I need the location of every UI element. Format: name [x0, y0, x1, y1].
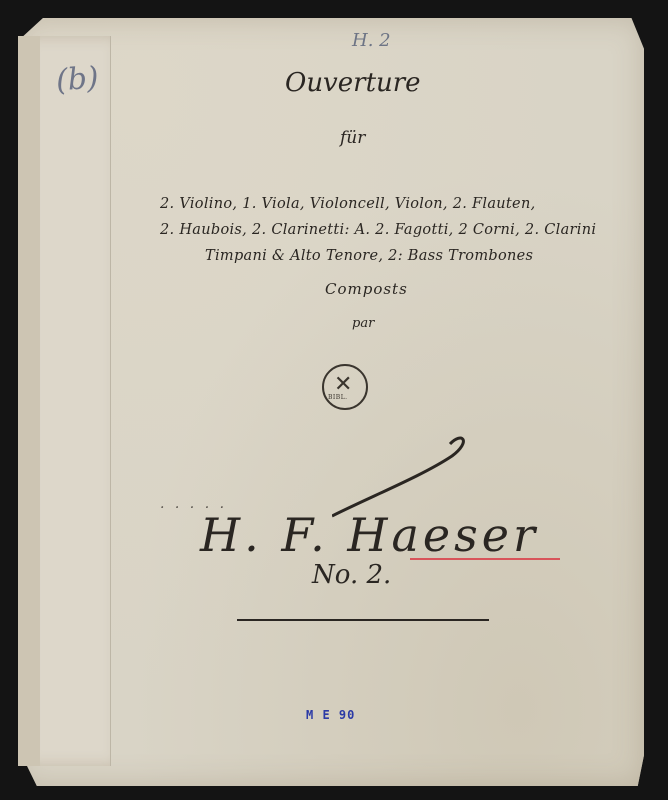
- red-underline: [410, 558, 560, 560]
- shelfmark-stamp: M E 90: [306, 708, 355, 722]
- instrumentation-line-3: Timpani & Alto Tenore, 2: Bass Trombones: [205, 248, 533, 264]
- work-number: No. 2.: [312, 560, 391, 590]
- composed-label: Composts: [325, 280, 408, 298]
- by-label: par: [352, 316, 374, 331]
- spine-edge: [18, 36, 40, 766]
- page-title: Ouverture: [285, 68, 421, 98]
- instrumentation-line-1: 2. Violino, 1. Viola, Violoncell, Violon…: [160, 196, 536, 212]
- composer-name: H. F. Haeser: [200, 508, 539, 562]
- divider-rule: [237, 619, 489, 621]
- for-label: für: [340, 128, 365, 148]
- spine-pencil-mark: (b): [55, 61, 100, 99]
- pencil-catalog-label: H. 2: [352, 30, 391, 51]
- stamp-text: BIBL.: [328, 394, 348, 401]
- instrumentation-line-2: 2. Haubois, 2. Clarinetti: A. 2. Fagotti…: [160, 222, 596, 238]
- library-stamp: ✕ BIBL.: [322, 364, 368, 410]
